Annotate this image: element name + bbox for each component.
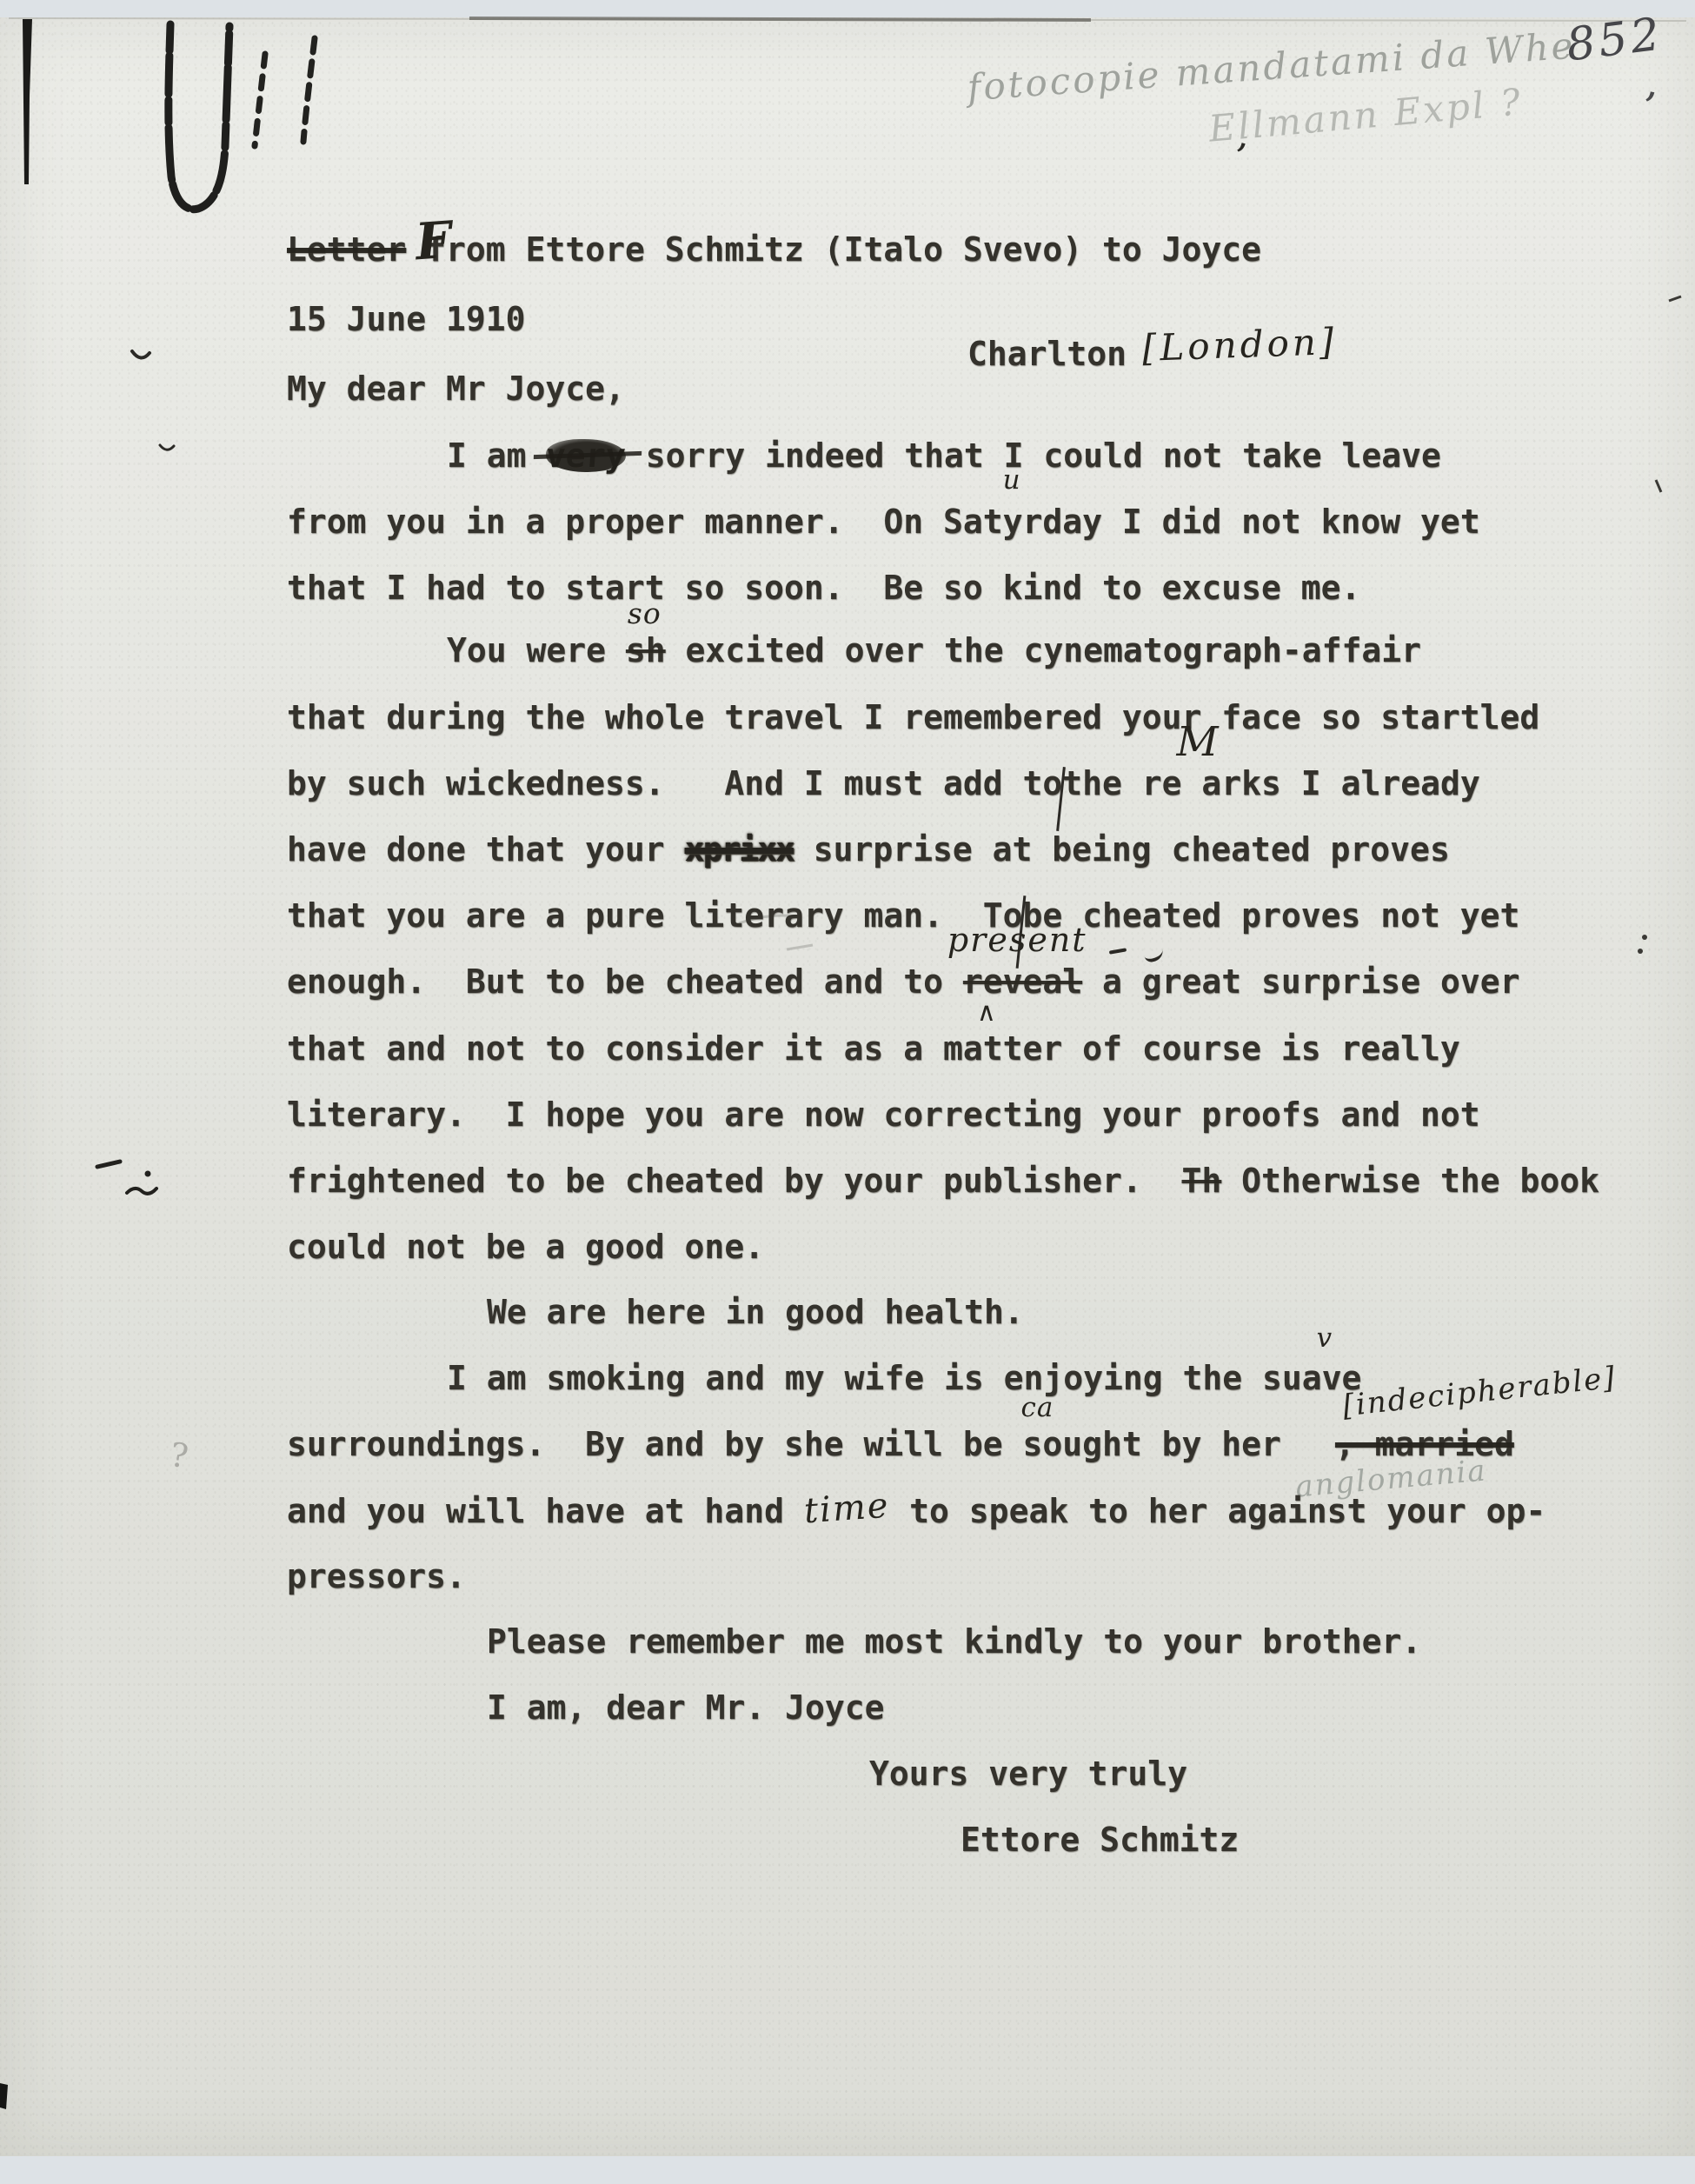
struck-word-th: Th: [1182, 1162, 1222, 1200]
typed-text: Otherwise the book: [1221, 1162, 1599, 1200]
place-line: Charlton[London]: [967, 335, 1337, 371]
typed-text: I am smoking and my wife is enjoying the…: [447, 1359, 1322, 1397]
struck-word-letter: Letter: [287, 230, 406, 269]
insertion-caret: ∧: [977, 1000, 997, 1026]
signature-line: Ettore Schmitz: [960, 1823, 1239, 1856]
handwritten-present: present: [947, 923, 1087, 956]
typed-gap: [1182, 764, 1202, 802]
body-line-20: I am, dear Mr. Joyce: [487, 1691, 885, 1724]
from-word-anchor: Ffrom: [426, 233, 506, 266]
struck-married-anchor: [indecipherable]anglomania, married: [1335, 1428, 1514, 1461]
heading-line: Letter Ffrom Ettore Schmitz (Italo Svevo…: [287, 233, 1261, 266]
body-line-1: I am very sorry indeed that I could not …: [447, 439, 1441, 472]
right-colon-dot-1: [1642, 935, 1647, 940]
body-line-9: enough. But to be cheated and to present…: [287, 965, 1519, 998]
handwritten-london: [London]: [1141, 323, 1338, 367]
body-line-10: that and not to consider it as a matter …: [287, 1032, 1460, 1065]
margin-dot-mark: [145, 1171, 151, 1177]
typed-text: arks I already: [1201, 764, 1479, 802]
margin-check-mark: [132, 351, 150, 358]
body-line-5: that during the whole travel I remembere…: [287, 701, 1539, 734]
handwritten-u-correction: u: [1003, 467, 1021, 494]
bottom-left-mark: [0, 2083, 8, 2109]
typed-text: from you in a proper manner. On Sat: [287, 503, 1003, 541]
date-line: 15 June 1910: [287, 303, 526, 336]
body-line-6: by such wickedness. And I must add tothe…: [287, 767, 1480, 800]
body-line-12: frightened to be cheated by your publish…: [287, 1164, 1599, 1197]
place-typed: Charlton: [967, 335, 1127, 373]
body-line-11: literary. I hope you are now correcting …: [287, 1098, 1480, 1131]
margin-squiggle-mark: [127, 1189, 156, 1194]
heading-rest: Ettore Schmitz (Italo Svevo) to Joyce: [506, 230, 1261, 269]
typed-text: have done that your: [287, 830, 685, 869]
typed-text: y: [1003, 503, 1023, 541]
body-line-4: You were sosh excited over the cynematog…: [447, 634, 1421, 667]
typed-text: the re: [1062, 764, 1181, 802]
body-line-3: that I had to start so soon. Be so kind …: [287, 571, 1360, 604]
margin-dash-mark: [97, 1162, 120, 1167]
typed-text: and you will have at hand: [287, 1492, 804, 1530]
typed-text: be cheated proves not yet: [1022, 896, 1519, 935]
scribbled-out-word: very: [545, 439, 627, 472]
body-line-13: could not be a good one.: [287, 1230, 764, 1263]
struck-sh-anchor: sosh: [626, 634, 666, 667]
struck-word-reveal: reveal: [963, 962, 1082, 1001]
sought-ca-anchor: caso: [1022, 1428, 1062, 1461]
struck-word-married: , married: [1335, 1425, 1514, 1463]
struck-word-sh: sh: [626, 631, 666, 669]
remarks-m-anchor: M: [1182, 767, 1202, 800]
body-line-8: that you are a pure literary man. Tobe c…: [287, 899, 1519, 932]
handwritten-m-correction: M: [1177, 722, 1220, 762]
dashed-stroke-2: [303, 38, 315, 142]
typed-text: excited over the cynematograph-affair: [666, 631, 1421, 669]
struck-typed-over-word: xprixx: [685, 830, 794, 869]
right-tick-2: [1656, 480, 1661, 492]
pencil-stroke-2: [787, 945, 813, 949]
handwritten-time: time: [803, 1488, 891, 1529]
typed-text: surprise at being cheated proves: [794, 830, 1450, 869]
closing-line: Yours very truly: [869, 1757, 1187, 1790]
handwritten-ca-correction: ca: [1020, 1395, 1054, 1422]
margin-v-mark: [160, 445, 174, 449]
dashed-stroke-1: [255, 54, 265, 146]
left-edge-scan-bar: [23, 19, 32, 184]
salutation-line: My dear Mr Joyce,: [287, 372, 625, 405]
scan-stray-marks: [0, 0, 1695, 2184]
typed-text: enough. But to be cheated and to: [287, 962, 963, 1001]
paper-top-edge-dark: [469, 18, 1091, 20]
body-line-14: We are here in good health.: [487, 1295, 1024, 1328]
body-line-18: pressors.: [287, 1560, 466, 1593]
suave-v-anchor: vv: [1322, 1362, 1342, 1395]
body-line-2: from you in a proper manner. On Satuyrda…: [287, 505, 1480, 538]
body-line-15: I am smoking and my wife is enjoying the…: [447, 1362, 1361, 1395]
typed-text: a great surprise over: [1082, 962, 1519, 1001]
typed-text: I am: [447, 436, 546, 475]
right-colon-dot-2: [1638, 949, 1643, 954]
handwritten-so: so: [628, 599, 661, 628]
saturday-y-anchor: uy: [1003, 505, 1023, 538]
typed-text: rday I did not know yet: [1023, 503, 1480, 541]
u-pen-mark: [169, 24, 229, 210]
typed-text: by such wickedness. And I must add to: [287, 764, 1062, 802]
body-line-17: and you will have at hand time to speak …: [287, 1494, 1545, 1528]
body-line-7: have done that your xprixx surprise at b…: [287, 833, 1450, 866]
scanned-letter-page: { "annotations": { "page_number": "852",…: [0, 0, 1695, 2184]
typed-text: so: [1022, 1425, 1062, 1463]
typed-text: surroundings. By and by she will be: [287, 1425, 1022, 1463]
typed-text: ught by her: [1062, 1425, 1281, 1463]
typed-text: You were: [447, 631, 626, 669]
typed-text: to speak to her against your op-: [889, 1492, 1545, 1530]
typed-text: frightened to be cheated by your publish…: [287, 1162, 1182, 1200]
handwritten-dash-squiggle: [1109, 942, 1170, 963]
body-line-16: surroundings. By and by she will be caso…: [287, 1428, 1514, 1461]
body-line-19: Please remember me most kindly to your b…: [487, 1625, 1421, 1658]
struck-reveal-anchor: present∧reveal: [963, 965, 1082, 998]
typed-text: that you are a pure literary man. To: [287, 896, 1022, 935]
handwritten-capital-f: F: [414, 215, 454, 268]
typed-text: sorry indeed that I could not take leave: [626, 436, 1441, 475]
handwritten-v-correction: v: [1317, 1325, 1333, 1352]
right-tick-1: [1669, 296, 1681, 301]
typed-text: v: [1322, 1359, 1342, 1397]
